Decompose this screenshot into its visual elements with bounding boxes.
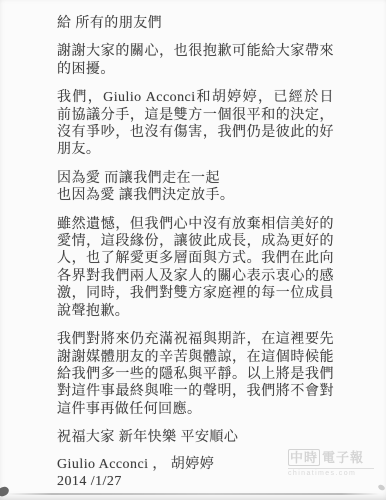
watermark-chinatimes: 中時 電子報 chinatimes.com <box>288 449 374 477</box>
watermark-url: chinatimes.com <box>288 468 374 477</box>
paper-bottom-edge <box>7 493 379 495</box>
letter-body: 給 所有的朋友們 謝謝大家的關心，也很抱歉可能給大家帶來的困擾。 我們，Giul… <box>57 15 334 490</box>
letter-paragraph-thanks: 謝謝大家的關心，也很抱歉可能給大家帶來的困擾。 <box>57 43 334 78</box>
letter-paragraph-regret: 雖然遺憾，但我們心中沒有放棄相信美好的愛情，這段緣份，讓彼此成長，成為更好的人，… <box>57 216 334 320</box>
watermark-brand: 中時 電子報 <box>288 449 374 466</box>
watermark-logo-box: 中時 <box>288 449 320 466</box>
bottom-left-ink-mark <box>0 486 10 497</box>
watermark-brand-text: 電子報 <box>322 450 364 465</box>
letter-paragraph-final-statement: 我們對將來仍充滿祝福與期許，在這裡要先謝謝媒體朋友的辛苦與體諒，在這個時候能給我… <box>57 331 334 418</box>
letter-salutation: 給 所有的朋友們 <box>57 15 334 32</box>
bottom-right-mark <box>377 484 386 492</box>
letter-wishes: 祝福大家 新年快樂 平安順心 <box>57 429 334 446</box>
letter-paragraph-because-of-love: 因為愛 而讓我們走在一起 也因為愛 讓我們決定放手。 <box>57 170 334 205</box>
letter-photo: 給 所有的朋友們 謝謝大家的關心，也很抱歉可能給大家帶來的困擾。 我們，Giul… <box>0 0 386 500</box>
letter-paragraph-announcement: 我們，Giulio Acconci和胡婷婷，已經於日前協議分手，這是雙方一個很平… <box>57 89 334 159</box>
